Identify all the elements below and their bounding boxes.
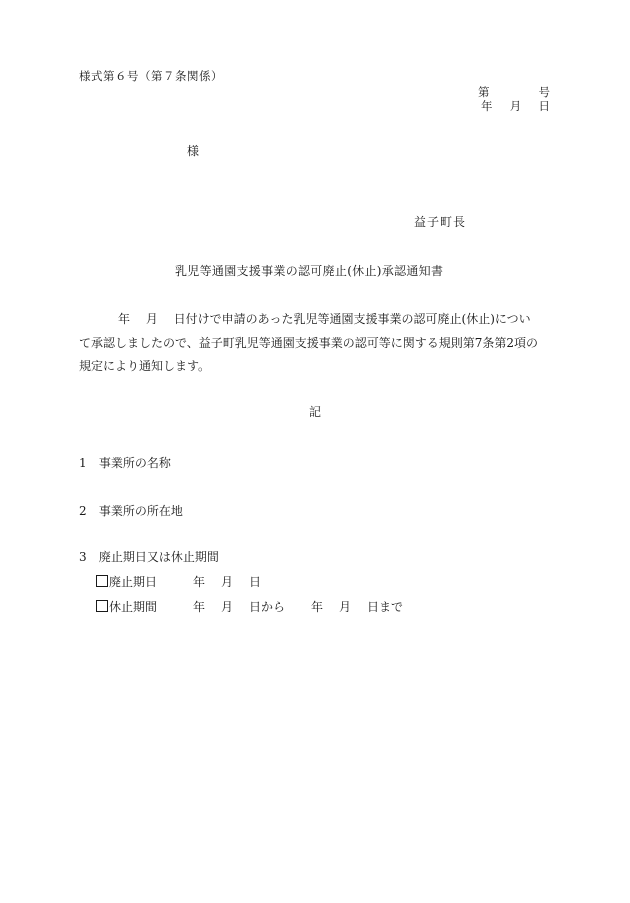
- issue-date: 年 月 日: [478, 99, 550, 113]
- date-day: 日: [539, 99, 551, 113]
- sender: 益子町長: [414, 214, 466, 230]
- item-closure-period: 3 廃止期日又は休止期間: [79, 549, 219, 565]
- item-label: 廃止期日又は休止期間: [99, 550, 219, 564]
- item-number: 3: [79, 549, 95, 565]
- date-month: 月: [510, 99, 522, 113]
- option-suspension-period: 休止期間年月日から年月日まで: [96, 599, 403, 615]
- form-number: 様式第６号（第７条関係）: [79, 68, 223, 84]
- body-line-1: 年 月 日付けで申請のあった乳児等通園支援事業の認可廃止(休止)につい: [79, 308, 554, 332]
- field-to-year: 年: [311, 599, 339, 615]
- field-from-year: 年: [193, 599, 221, 615]
- field-day: 日: [249, 574, 261, 590]
- doc-number-prefix: 第: [478, 85, 490, 99]
- date-year: 年: [481, 99, 493, 113]
- body-line-3: 規定により通知します。: [79, 355, 554, 379]
- item-business-name: 1 事業所の名称: [79, 455, 171, 471]
- option-label: 休止期間: [109, 599, 193, 615]
- body-line-2: て承認しましたので、益子町乳児等通園支援事業の認可等に関する規則第7条第2項の: [79, 332, 554, 356]
- ki-heading: 記: [309, 404, 321, 420]
- addressee: 様: [187, 143, 199, 159]
- checkbox-closure-date[interactable]: [96, 575, 108, 587]
- field-to-month: 月: [339, 599, 367, 615]
- field-from-month: 月: [221, 599, 249, 615]
- option-label: 廃止期日: [109, 574, 193, 590]
- field-year: 年: [193, 574, 221, 590]
- field-month: 月: [221, 574, 249, 590]
- item-number: 1: [79, 455, 95, 471]
- body-text: 年 月 日付けで申請のあった乳児等通園支援事業の認可廃止(休止)につい て承認し…: [79, 308, 554, 379]
- document-number-block: 第 号 年 月 日: [478, 85, 550, 113]
- item-label: 事業所の所在地: [99, 504, 183, 518]
- item-number: 2: [79, 503, 95, 519]
- field-to-day: 日まで: [367, 599, 403, 615]
- item-business-address: 2 事業所の所在地: [79, 503, 183, 519]
- option-closure-date: 廃止期日年月日: [96, 574, 261, 590]
- item-label: 事業所の名称: [99, 456, 171, 470]
- document-number: 第 号: [478, 85, 550, 99]
- checkbox-suspension-period[interactable]: [96, 600, 108, 612]
- document-title: 乳児等通園支援事業の認可廃止(休止)承認通知書: [175, 263, 443, 279]
- doc-number-suffix: 号: [539, 85, 551, 99]
- field-from-day: 日から: [249, 599, 311, 615]
